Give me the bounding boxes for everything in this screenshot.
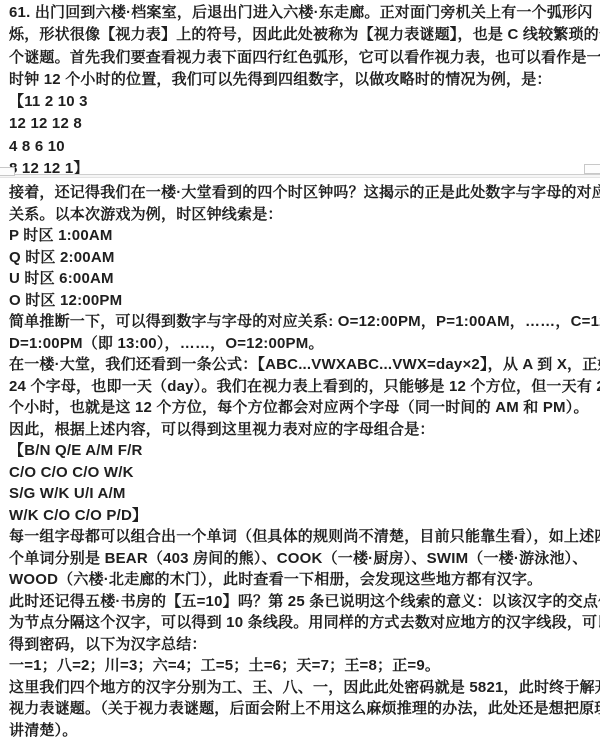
text-line: WOOD（六楼·北走廊的木门），此时查看一下相册，会发现这些地方都有汉字。 [0, 569, 600, 591]
text-line: 简单推断一下，可以得到数字与字母的对应关系: O=12:00PM，P=1:00A… [0, 311, 600, 333]
text-line: 24 个字母，也即一天（day）。我们在视力表上看到的，只能够是 12 个方位，… [0, 376, 600, 398]
text-line: U 时区 6:00AM [0, 268, 600, 290]
text-line: D=1:00PM（即 13:00），……，O=12:00PM。 [0, 333, 600, 355]
text-line: 烁，形状很像【视力表】上的符号，因此此处被称为【视力表谜题】，也是 C 线较繁琐… [0, 24, 600, 46]
text-line: 个谜题。首先我们要查看视力表下面四行红色弧形，它可以看作视力表，也可以看作是一个 [0, 47, 600, 69]
page-corner-marker-left [0, 167, 15, 176]
document-page-1: 61. 出门回到六楼·档案室，后退出门进入六楼·东走廊。正对面门旁机关上有一个弧… [0, 2, 600, 180]
text-line: 在一楼·大堂，我们还看到一条公式：【ABC...VWXABC...VWX=day… [0, 354, 600, 376]
text-line: 12 12 12 8 [0, 113, 600, 135]
text-line: C/O C/O C/O W/K [0, 462, 600, 484]
text-line: 这里我们四个地方的汉字分别为工、王、八、一，因此此处密码就是 5821，此时终于… [0, 677, 600, 699]
text-line: 【11 2 10 3 [0, 91, 600, 113]
text-line: 时钟 12 个小时的位置，我们可以先得到四组数字，以做攻略时的情况为例，是： [0, 69, 600, 91]
text-line: 得到密码，以下为汉字总结： [0, 634, 600, 656]
page-corner-marker-right [584, 164, 600, 174]
text-line: W/K C/O C/O P/D】 [0, 505, 600, 527]
text-line: 关系。以本次游戏为例，时区钟线索是： [0, 204, 600, 226]
text-line: 讲清楚）。 [0, 720, 600, 742]
text-line: Q 时区 2:00AM [0, 247, 600, 269]
text-line: 视力表谜题。（关于视力表谜题，后面会附上不用这么麻烦推理的办法，此处还是想把原理 [0, 698, 600, 720]
text-line: 个单词分别是 BEAR（403 房间的熊）、COOK（一楼·厨房）、SWIM（一… [0, 548, 600, 570]
text-line: 【B/N Q/E A/M F/R [0, 440, 600, 462]
page-break-separator[interactable] [0, 174, 600, 178]
text-line: 每一组字母都可以组合出一个单词（但具体的规则尚不清楚，目前只能靠生看），如上述四 [0, 526, 600, 548]
text-line: 为节点分隔这个汉字，可以得到 10 条线段。用同样的方式去数对应地方的汉字线段，… [0, 612, 600, 634]
text-line: 因此，根据上述内容，可以得到这里视力表对应的字母组合是： [0, 419, 600, 441]
text-line: 一=1；八=2；川=3；六=4；工=5；土=6；天=7；王=8；正=9。 [0, 655, 600, 677]
text-line: 接着，还记得我们在一楼·大堂看到的四个时区钟吗？这揭示的正是此处数字与字母的对应 [0, 182, 600, 204]
text-line: S/G W/K U/I A/M [0, 483, 600, 505]
text-line: 个小时，也就是这 12 个方位，每个方位都会对应两个字母（同一时间的 AM 和 … [0, 397, 600, 419]
text-line: 4 8 6 10 [0, 136, 600, 158]
document-page-2: 接着，还记得我们在一楼·大堂看到的四个时区钟吗？这揭示的正是此处数字与字母的对应… [0, 182, 600, 741]
text-line: 此时还记得五楼·书房的【五=10】吗？第 25 条已说明这个线索的意义：以该汉字… [0, 591, 600, 613]
text-line: 61. 出门回到六楼·档案室，后退出门进入六楼·东走廊。正对面门旁机关上有一个弧… [0, 2, 600, 24]
text-line: P 时区 1:00AM [0, 225, 600, 247]
text-line: O 时区 12:00PM [0, 290, 600, 312]
